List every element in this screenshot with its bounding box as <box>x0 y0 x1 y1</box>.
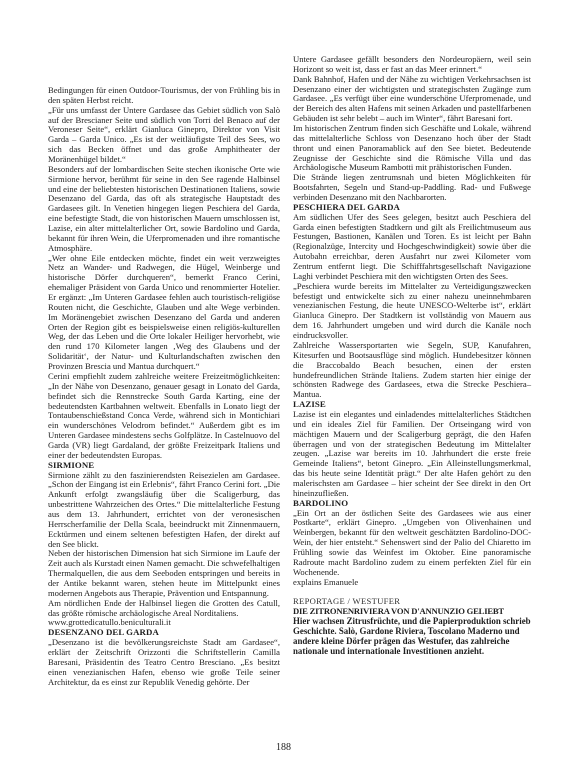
peschiera-paragraph: Am südlichen Ufer des Sees gelegen, besi… <box>293 213 531 282</box>
page-number: 188 <box>276 742 291 753</box>
desenzano-paragraph: Die Strände liegen zentrumsnah und biete… <box>293 173 531 203</box>
bardolino-paragraph: „Ein Ort an der östlichen Seite des Gard… <box>293 509 531 578</box>
intro-paragraph: „Für uns umfasst der Untere Gardasee das… <box>48 106 280 165</box>
desenzano-paragraph: Im historischen Zentrum finden sich Gesc… <box>293 124 531 173</box>
intro-paragraph: Cerini empfiehlt zudem zahlreiche weiter… <box>48 372 280 461</box>
intro-paragraph: Bedingungen für einen Outdoor-Tourismus,… <box>48 86 280 106</box>
sirmione-paragraph: Am nördlichen Ende der Halbinsel liegen … <box>48 599 280 619</box>
intro-paragraph: Besonders auf der lombardischen Seite st… <box>48 165 280 254</box>
author-credit: explains Emanuele <box>293 578 531 588</box>
lazise-paragraph: Lazise ist ein elegantes und einladendes… <box>293 410 531 499</box>
desenzano-paragraph: „Desenzano ist die bevölkerungsreichste … <box>48 638 280 687</box>
feature-deck: Hier wachsen Zitrusfrüchte, und die Papi… <box>293 617 531 657</box>
sirmione-paragraph: Sirmione zählt zu den faszinierendsten R… <box>48 471 280 550</box>
magazine-page: Bedingungen für einen Outdoor-Tourismus,… <box>0 0 580 781</box>
peschiera-paragraph: Zahlreiche Wassersportarten wie Segeln, … <box>293 341 531 400</box>
intro-paragraph: „Wer ohne Eile entdecken möchte, findet … <box>48 254 280 372</box>
desenzano-paragraph: Dank Bahnhof, Hafen und der Nähe zu wich… <box>293 75 531 124</box>
left-column: Bedingungen für einen Outdoor-Tourismus,… <box>48 86 280 687</box>
peschiera-paragraph: „Peschiera wurde bereits im Mittelalter … <box>293 282 531 341</box>
desenzano-paragraph: Untere Gardasee gefällt besonders den No… <box>293 55 531 75</box>
sirmione-paragraph: Neben der historischen Dimension hat sic… <box>48 549 280 598</box>
right-column: Untere Gardasee gefällt besonders den No… <box>293 55 531 657</box>
